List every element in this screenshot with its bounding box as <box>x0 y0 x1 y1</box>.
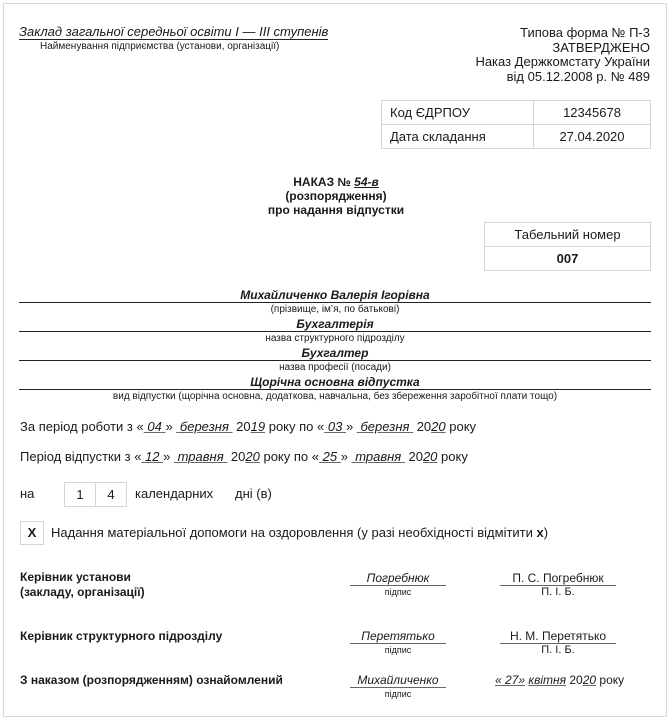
work-from-year[interactable]: 19 <box>251 419 265 434</box>
order-subtitle: (розпорядження) <box>4 189 668 203</box>
acknowledged-signature[interactable]: Михайличенко <box>350 673 446 688</box>
personnel-number-label: Табельний номер <box>485 223 651 247</box>
acknowledged-label: З наказом (розпорядженням) ознайомлений <box>20 673 283 688</box>
department-value[interactable]: Бухгалтерія <box>19 317 651 332</box>
leave-to-year[interactable]: 20 <box>423 449 437 464</box>
organization-name: Заклад загальної середньої освіти І — ІІ… <box>19 24 328 40</box>
employee-name-field: Михайличенко Валерія Ігорівна (прізвище,… <box>19 288 651 316</box>
dept-head-name-caption: П. І. Б. <box>500 644 616 657</box>
days-digit-2[interactable]: 4 <box>96 483 127 507</box>
department-field: Бухгалтерія назва структурного підрозділ… <box>19 317 651 345</box>
order-prefix: НАКАЗ № <box>293 175 351 189</box>
date-label: Дата складання <box>382 125 534 149</box>
position-value[interactable]: Бухгалтер <box>19 346 651 361</box>
form-type: Типова форма № П-3 <box>475 26 650 41</box>
approved-label: ЗАТВЕРДЖЕНО <box>475 41 650 56</box>
leave-period-line: Період відпустки з « 12 » травня 2020 ро… <box>20 449 468 465</box>
edrpou-label: Код ЄДРПОУ <box>382 101 534 125</box>
order-subject: про надання відпустки <box>4 203 668 217</box>
approval-date: від 05.12.2008 р. № 489 <box>475 70 650 85</box>
dept-head-name-field: Н. М. Перетятько П. І. Б. <box>500 629 616 657</box>
acknowledged-signature-field: Михайличенко підпис <box>350 673 446 701</box>
work-period-label: За період роботи з <box>20 419 133 434</box>
dept-head-label: Керівник структурного підрозділу <box>20 629 222 644</box>
work-to-day[interactable]: 03 <box>324 419 346 434</box>
approval-order: Наказ Держкомстату України <box>475 55 650 70</box>
ack-date-month[interactable]: квітня <box>528 673 566 687</box>
personnel-number-table: Табельний номер 007 <box>484 222 651 271</box>
leave-order-document: Заклад загальної середньої освіти І — ІІ… <box>3 3 667 717</box>
table-row: Код ЄДРПОУ 12345678 <box>382 101 651 125</box>
leave-type-value[interactable]: Щорічна основна відпустка <box>19 375 651 390</box>
work-from-day[interactable]: 04 <box>144 419 166 434</box>
leave-from-day[interactable]: 12 <box>141 449 163 464</box>
department-caption: назва структурного підрозділу <box>19 332 651 345</box>
codes-table: Код ЄДРПОУ 12345678 Дата складання 27.04… <box>381 100 651 149</box>
work-to-year[interactable]: 20 <box>431 419 445 434</box>
leave-from-month[interactable]: травня <box>174 449 227 464</box>
material-aid-checkbox[interactable]: X <box>20 521 44 545</box>
work-from-month[interactable]: березня <box>176 419 232 434</box>
ack-date-year[interactable]: 20 <box>583 673 596 687</box>
head-name-caption: П. І. Б. <box>500 586 616 599</box>
form-info: Типова форма № П-3 ЗАТВЕРДЖЕНО Наказ Дер… <box>475 26 650 84</box>
head-signature[interactable]: Погребнюк <box>350 571 446 586</box>
days-word-days: дні (в) <box>235 486 272 502</box>
days-digit-1[interactable]: 1 <box>65 483 96 507</box>
organization-caption: Найменування підприємства (установи, орг… <box>40 41 279 53</box>
head-name[interactable]: П. С. Погребнюк <box>500 571 616 586</box>
edrpou-value[interactable]: 12345678 <box>534 101 651 125</box>
head-name-field: П. С. Погребнюк П. І. Б. <box>500 571 616 599</box>
acknowledged-signature-caption: підпис <box>350 688 446 701</box>
work-period-line: За період роботи з « 04 » березня 2019 р… <box>20 419 476 435</box>
head-signature-caption: підпис <box>350 586 446 599</box>
work-to-month[interactable]: березня <box>357 419 413 434</box>
date-value[interactable]: 27.04.2020 <box>534 125 651 149</box>
acknowledged-date: « 27» квітня 2020 року <box>495 672 624 688</box>
head-label: Керівник установи (закладу, організації) <box>20 570 145 600</box>
dept-head-name[interactable]: Н. М. Перетятько <box>500 629 616 644</box>
leave-to-month[interactable]: травня <box>352 449 405 464</box>
employee-name[interactable]: Михайличенко Валерія Ігорівна <box>19 288 651 303</box>
days-prefix: на <box>20 486 34 502</box>
days-word-calendar: календарних <box>135 486 213 502</box>
dept-head-signature-field: Перетятько підпис <box>350 629 446 657</box>
position-caption: назва професії (посади) <box>19 361 651 374</box>
order-title: НАКАЗ № 54-в (розпорядження) про надання… <box>4 175 668 217</box>
position-field: Бухгалтер назва професії (посади) <box>19 346 651 374</box>
leave-to-day[interactable]: 25 <box>319 449 341 464</box>
employee-name-caption: (прізвище, ім’я, по батькові) <box>19 303 651 316</box>
leave-type-field: Щорічна основна відпустка вид відпустки … <box>19 375 651 403</box>
leave-type-caption: вид відпустки (щорічна основна, додатков… <box>19 390 651 403</box>
order-number[interactable]: 54-в <box>354 175 379 189</box>
material-aid-label: Надання матеріальної допомоги на оздоров… <box>51 525 548 541</box>
dept-head-signature-caption: підпис <box>350 644 446 657</box>
days-count-box: 1 4 <box>64 482 127 507</box>
ack-date-day[interactable]: « 27» <box>495 673 525 687</box>
table-row: Дата складання 27.04.2020 <box>382 125 651 149</box>
leave-period-label: Період відпустки з <box>20 449 131 464</box>
personnel-number-value[interactable]: 007 <box>485 247 651 271</box>
dept-head-signature[interactable]: Перетятько <box>350 629 446 644</box>
leave-from-year[interactable]: 20 <box>245 449 259 464</box>
head-signature-field: Погребнюк підпис <box>350 571 446 599</box>
